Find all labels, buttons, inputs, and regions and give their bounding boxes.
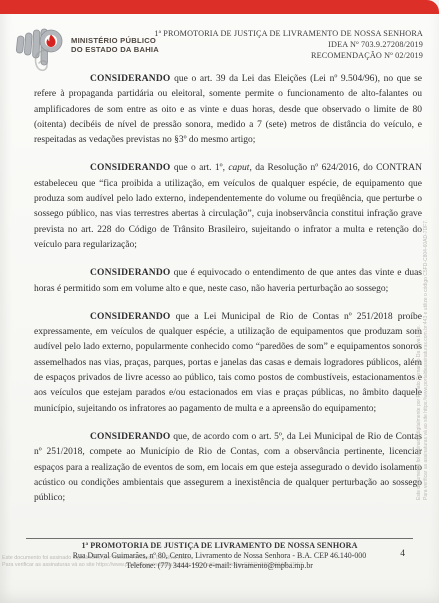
paragraph-text: que o art. 39 da Lei das Eleições (Lei n… xyxy=(34,74,422,145)
footer-contact: Telefone: (77) 3444-1920 e-mail: livrame… xyxy=(26,561,413,571)
considerando-paragraph-1: CONSIDERANDO que o art. 39 da Lei das El… xyxy=(34,72,422,148)
paragraph-lead: CONSIDERANDO xyxy=(90,432,171,442)
paragraph-lead: CONSIDERANDO xyxy=(90,268,171,278)
document-body: CONSIDERANDO que o art. 39 da Lei das El… xyxy=(34,72,422,506)
paragraph-text: que o art. 1º, xyxy=(171,163,229,173)
digital-signature-stamp-side: Este documento foi assinado digitalmente… xyxy=(416,80,429,500)
footer-promotoria-title: 1ª PROMOTORIA DE JUSTIÇA DE LIVRAMENTO D… xyxy=(26,541,413,551)
document-footer: 1ª PROMOTORIA DE JUSTIÇA DE LIVRAMENTO D… xyxy=(26,538,413,572)
org-name-line2: DO ESTADO DA BAHIA xyxy=(71,45,159,54)
org-name: MINISTÉRIO PÚBLICO DO ESTADO DA BAHIA xyxy=(71,36,159,55)
document-header: MINISTÉRIO PÚBLICO DO ESTADO DA BAHIA 1ª… xyxy=(15,27,423,71)
idea-number: IDEA Nº 703.9.27208/2019 xyxy=(154,39,423,50)
considerando-paragraph-4: CONSIDERANDO que a Lei Municipal de Rio … xyxy=(34,310,422,417)
considerando-paragraph-3: CONSIDERANDO que é equivocado o entendim… xyxy=(34,266,422,297)
org-name-line1: MINISTÉRIO PÚBLICO xyxy=(71,36,159,45)
paragraph-text: que, de acordo com o art. 5º, da Lei Mun… xyxy=(34,432,422,503)
paragraph-lead: CONSIDERANDO xyxy=(90,163,171,173)
paragraph-text: , da Resolução nº 624/2016, do CONTRAN e… xyxy=(34,163,422,249)
document-page: MINISTÉRIO PÚBLICO DO ESTADO DA BAHIA 1ª… xyxy=(0,0,439,603)
signature-stamp-side-line2: Para verificar as assinaturas vá ao site… xyxy=(423,80,430,500)
promotoria-title: 1ª PROMOTORIA DE JUSTIÇA DE LIVRAMENTO D… xyxy=(154,28,423,39)
caput-italic: caput xyxy=(228,163,249,173)
top-red-bar xyxy=(0,0,439,14)
considerando-paragraph-5: CONSIDERANDO que, de acordo com o art. 5… xyxy=(34,430,422,506)
header-reference-block: 1ª PROMOTORIA DE JUSTIÇA DE LIVRAMENTO D… xyxy=(154,28,423,61)
page-number: 4 xyxy=(400,549,405,559)
paragraph-lead: CONSIDERANDO xyxy=(90,74,171,84)
signature-stamp-side-line1: Este documento foi assinado digitalmente… xyxy=(416,80,423,500)
footer-address: Rua Durval Guimarães, nº 80, Centro, Liv… xyxy=(26,551,413,561)
recomendacao-number: RECOMENDAÇÃO Nº 02/2019 xyxy=(154,50,423,61)
paragraph-lead: CONSIDERANDO xyxy=(90,312,171,322)
considerando-paragraph-2: CONSIDERANDO que o art. 1º, caput, da Re… xyxy=(34,161,422,253)
paragraph-text: que a Lei Municipal de Rio de Contas nº … xyxy=(34,312,422,414)
